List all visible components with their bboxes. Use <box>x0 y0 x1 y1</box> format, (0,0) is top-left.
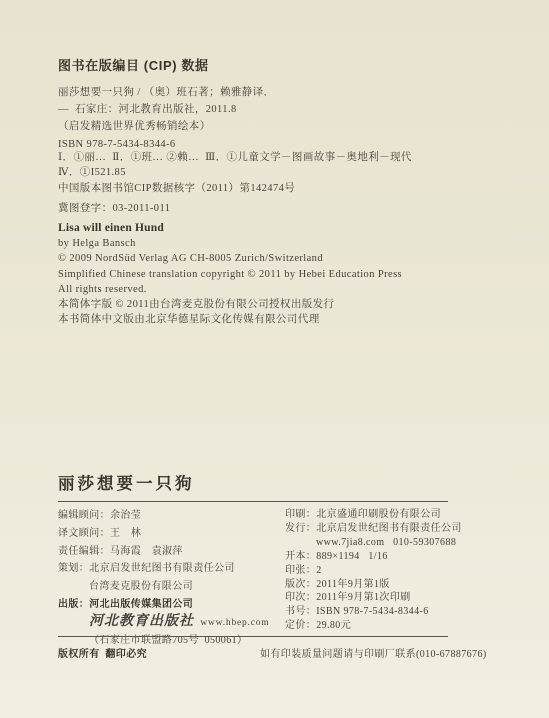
original-title: Lisa will einen Hund <box>58 221 402 236</box>
publisher-website: www.hbep.com <box>194 618 270 628</box>
cip-class-line: Ⅳ．①I521.85 <box>58 166 412 181</box>
colophon-right-column: 印刷：北京盛通印刷股份有限公司发行：北京启发世纪图书有限责任公司www.7jia… <box>285 508 495 633</box>
colophon-text: 印刷：北京盛通印刷股份有限公司 <box>285 509 441 520</box>
colophon-line: 印刷：北京盛通印刷股份有限公司 <box>285 508 495 522</box>
cip-class-line: Ⅰ．①丽… Ⅱ．①班… ②赖… Ⅲ．①儿童文学－图画故事－奥地利－现代 <box>58 151 412 166</box>
copyright-lines: by Helga Bansch© 2009 NordSüd Verlag AG … <box>58 236 402 327</box>
colophon-text: 策划：北京启发世纪图书有限责任公司 <box>58 563 235 574</box>
colophon-line: 河北教育出版社 www.hbep.com <box>58 614 283 632</box>
colophon-line: 出版：河北出版传媒集团公司 <box>58 596 283 614</box>
book-title: 丽莎想要一只狗 <box>58 470 195 494</box>
colophon-text: 译文顾问：王 林 <box>58 528 141 539</box>
colophon-line: 开本：889×1194 1/16 <box>285 550 495 564</box>
copyright-line: 本简体字版 © 2011由台湾麦克股份有限公司授权出版发行 <box>58 297 402 312</box>
colophon-line: 印次：2011年9月第1次印刷 <box>285 591 495 605</box>
divider-bottom <box>58 636 448 637</box>
colophon-text: 印张：2 <box>285 565 322 576</box>
colophon-line: 版次：2011年9月第1版 <box>285 578 495 592</box>
colophon-line: 策划：北京启发世纪图书有限责任公司 <box>58 560 283 578</box>
cip-record-number: 中国版本图书馆CIP数据核字（2011）第142474号 <box>58 180 295 195</box>
publisher-logotype: 河北教育出版社 <box>89 613 194 629</box>
all-rights-reserved-notice: 版权所有 翻印必究 <box>58 645 147 660</box>
colophon-text: 版次：2011年9月第1版 <box>285 579 390 590</box>
cip-entry-line: 丽莎想要一只狗 / （奥）班石著；赖雅静译． <box>58 84 274 101</box>
divider-top <box>58 501 448 502</box>
colophon-line: www.7jia8.com 010-59307688 <box>285 536 495 550</box>
colophon-line: 定价：29.80元 <box>285 619 495 633</box>
cip-entry-block: 丽莎想要一只狗 / （奥）班石著；赖雅静译．— 石家庄：河北教育出版社，2011… <box>58 84 274 153</box>
colophon-line: 译文顾问：王 林 <box>58 525 283 543</box>
colophon-text: 出版：河北出版传媒集团公司 <box>58 599 193 610</box>
cip-entry-line: — 石家庄：河北教育出版社，2011.8 <box>58 101 274 118</box>
cip-entry-line: （启发精选世界优秀畅销绘本） <box>58 118 274 135</box>
copyright-line: Simplified Chinese translation copyright… <box>58 267 402 282</box>
colophon-left-column: 编辑顾问：余治莹译文顾问：王 林责任编辑：马海霞 袁淑萍策划：北京启发世纪图书有… <box>58 507 283 649</box>
colophon-line: 印张：2 <box>285 564 495 578</box>
colophon-line: 编辑顾问：余治莹 <box>58 507 283 525</box>
colophon-text: 开本：889×1194 1/16 <box>285 551 388 562</box>
copyright-line: All rights reserved. <box>58 282 402 297</box>
cip-heading: 图书在版编目 (CIP) 数据 <box>58 55 209 74</box>
colophon-text: 定价：29.80元 <box>285 620 351 631</box>
colophon-text: 台湾麦克股份有限公司 <box>89 581 193 592</box>
cip-registration-number: 冀图登字：03-2011-011 <box>58 200 170 215</box>
print-quality-contact-notice: 如有印装质量问题请与印刷厂联系(010-67887676) <box>260 645 487 660</box>
colophon-text: 印次：2011年9月第1次印刷 <box>285 592 411 603</box>
copyright-line: © 2009 NordSüd Verlag AG CH-8005 Zurich/… <box>58 251 402 266</box>
colophon-line: 台湾麦克股份有限公司 <box>58 578 283 596</box>
foreign-copyright-block: Lisa will einen Hund by Helga Bansch© 20… <box>58 221 402 327</box>
colophon-text: 编辑顾问：余治莹 <box>58 510 141 521</box>
colophon-text: 责任编辑：马海霞 袁淑萍 <box>58 546 183 557</box>
copyright-line: by Helga Bansch <box>58 236 402 251</box>
colophon-line: 书号：ISBN 978-7-5434-8344-6 <box>285 605 495 619</box>
cip-classification-block: Ⅰ．①丽… Ⅱ．①班… ②赖… Ⅲ．①儿童文学－图画故事－奥地利－现代Ⅳ．①I5… <box>58 151 412 180</box>
colophon-text: www.7jia8.com 010-59307688 <box>316 537 456 548</box>
colophon-text: 书号：ISBN 978-7-5434-8344-6 <box>285 606 429 617</box>
colophon-text: 发行：北京启发世纪图书有限责任公司 <box>285 523 462 534</box>
colophon-line: 责任编辑：马海霞 袁淑萍 <box>58 543 283 561</box>
copyright-line: 本书简体中文版由北京华德星际文化传媒有限公司代理 <box>58 312 402 327</box>
copyright-page: 图书在版编目 (CIP) 数据 丽莎想要一只狗 / （奥）班石著；赖雅静译．— … <box>0 0 549 718</box>
colophon-line: 发行：北京启发世纪图书有限责任公司 <box>285 522 495 536</box>
